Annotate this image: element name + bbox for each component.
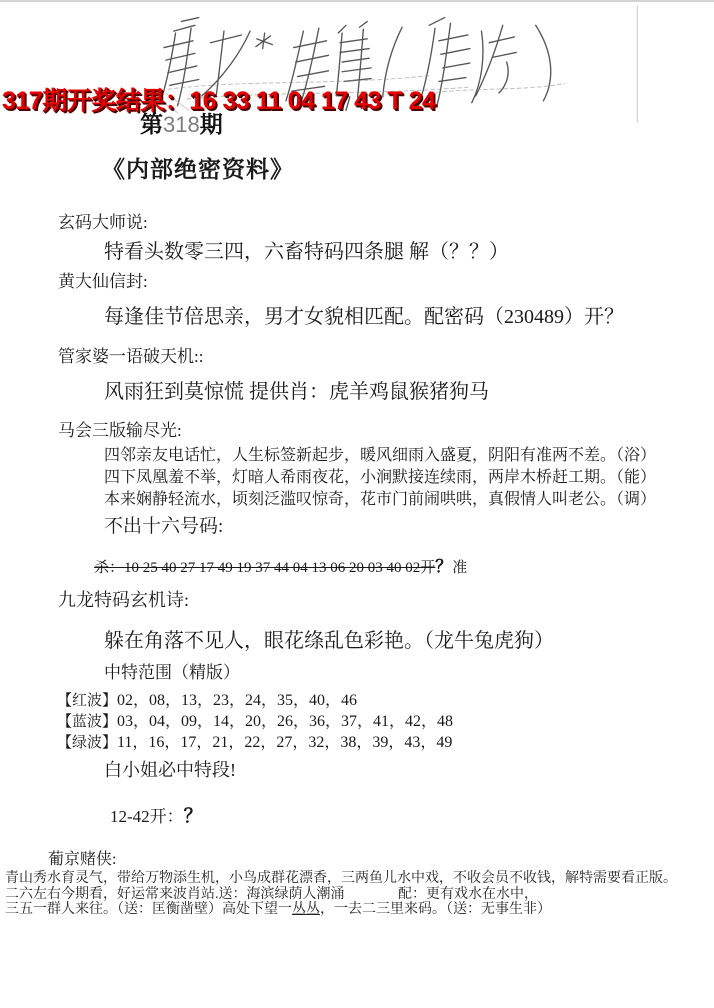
jiulong-poem: 躲在角落不见人，眼花绦乱色彩艳。（龙牛兔虎狗） [104,630,554,653]
section-content-xuanma: 特看头数零三四，六畜特码四条腿 解（？？） [104,241,509,264]
section-content-huangdaxian: 每逢佳节倍思亲，男才女貌相匹配。配密码（230489）开？ [104,306,624,329]
section-content-guanjiapo: 风雨狂到莫惊慌 提供肖：虎羊鸡鼠猴猪狗马 [104,381,489,404]
issue-number: 318 [163,112,200,137]
sanban-note: 不出十六号码: [104,516,223,538]
wave-row-green: 【绿波】11，16，17，21，22，27，32，38，39，43，49 [57,734,452,752]
wave-numbers-blue: 03，04，09，14，20，26，36，37，41，42，48 [117,713,453,730]
section-heading-guanjiapo: 管家婆一语破天机:: [58,347,203,367]
kill-numbers-line: 杀：10 25 40 27 17 49 19 37 44 04 13 06 20… [94,557,467,577]
section-heading-jiulong: 九龙特码玄机诗: [58,590,189,611]
footer-line-2-right: 配：更有戏水在水中， [398,887,538,903]
open-range-line: 12-42开：？ [110,806,203,828]
footer-line-2-left: 二六左右今期看，好运常来波肖站.送：海滨绿荫人潮涌 [5,887,345,903]
page-top-border [0,0,714,2]
wave-row-red: 【红波】02，08，13，23，24，35，40，46 [57,692,357,710]
issue-suffix: 期 [200,111,223,137]
special-range-title: 中特范围（精版） [104,663,240,683]
footer-line-3: 三五一群人来往。（送：匡衡凿壁）高处下望一丛丛，一去二三里来码。（送：无事生非） [5,902,551,918]
footer-line-1: 青山秀水育灵气，带给万物添生机，小鸟成群花漂香，三两鱼儿水中戏，不收会员不收钱，… [5,871,677,887]
tip-sheet-page: 317期开奖结果：16 33 11 04 17 43 T 24 第318期 《内… [0,0,714,1008]
sanban-poem-line: 四邻亲友电话忙，人生标签新起步，暖风细雨入盛夏，阴阳有准两不差。（浴） [104,447,656,465]
wave-row-blue: 【蓝波】03，04，09，14，20，26，36，37，41，42，48 [57,713,453,731]
secret-material-title: 《内部绝密资料》 [102,157,294,183]
wave-label-green: 【绿波】 [57,735,117,751]
section-heading-sanban: 马会三版输尽光: [58,421,182,441]
wave-label-blue: 【蓝波】 [57,714,117,730]
footer-line-3-pre: 三五一群人来往。（送：匡衡凿壁）高处下望一 [5,902,292,917]
wave-label-red: 【红波】 [57,693,117,709]
footer-line-3-underlined: 丛丛 [292,902,320,917]
sanban-poem-line: 四下凤凰羞不举，灯暗人希雨夜花，小涧默接连续雨，两岸木桥赶工期。（能） [104,469,656,487]
footer-line-3-post: ，一去二三里来码。（送：无事生非） [320,902,551,917]
kill-question-mark: ？ [435,557,452,576]
wave-numbers-red: 02，08，13，23，24，35，40，46 [117,692,357,709]
section-heading-xuanma: 玄码大师说: [58,213,148,233]
wave-numbers-green: 11，16，17，21，22，27，32，38，39，43，49 [117,734,452,751]
sanban-poem-line: 本来娴静轻流水，顷刻泛滥叹惊奇，花市门前闹哄哄，真假情人叫老公。（调） [104,491,656,509]
section-heading-pujing: 葡京赌侠: [48,851,116,869]
issue-prefix: 第 [140,111,163,137]
baixiaojie-line: 白小姐必中特段! [104,760,236,781]
open-range-text: 12-42开： [110,807,184,826]
kill-numbers-struck: 杀：10 25 40 27 17 49 19 37 44 04 13 06 20… [94,560,435,576]
open-question-mark: ？ [184,806,203,827]
issue-number-line: 第318期 [140,111,223,137]
kill-accuracy-note: 准 [452,560,467,576]
section-heading-huangdaxian: 黄大仙信封: [58,272,148,292]
